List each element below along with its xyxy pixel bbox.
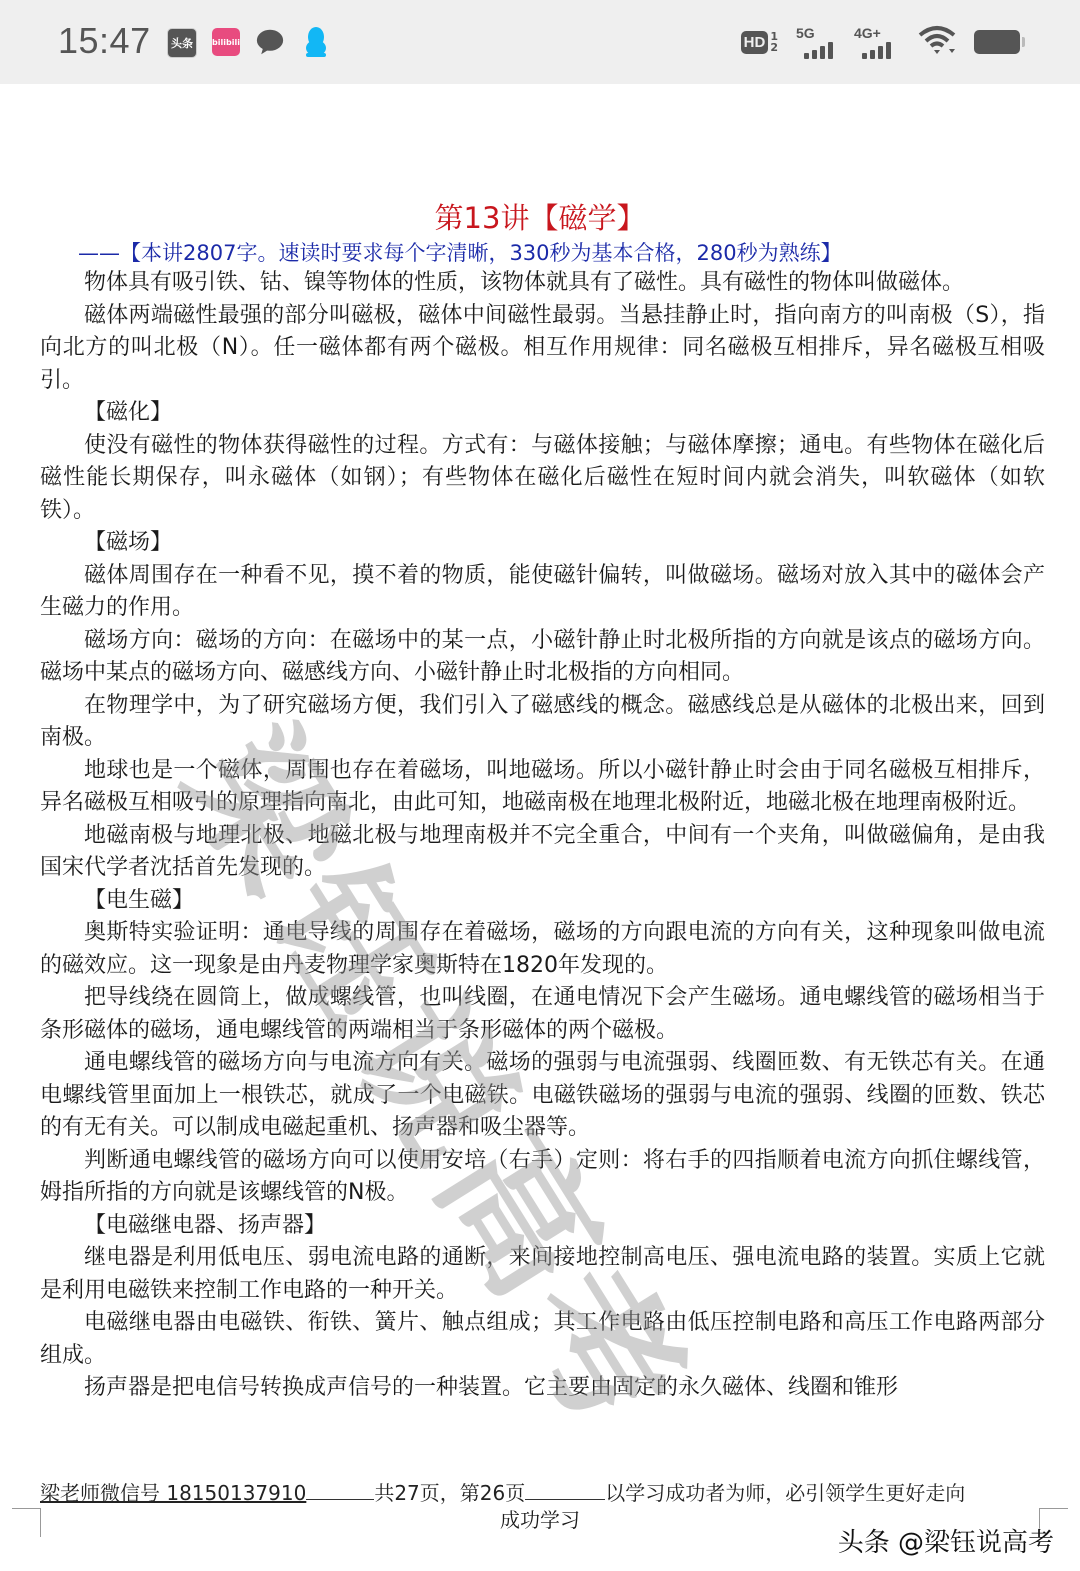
qq-penguin-icon <box>302 28 330 56</box>
paragraph: 使没有磁性的物体获得磁性的过程。方式有：与磁体接触；与磁体摩擦；通电。有些物体在… <box>40 430 1045 528</box>
lecture-subtitle: ——【本讲2807字。速读时要求每个字清晰，330秒为基本合格，280秒为熟练】 <box>78 237 842 267</box>
section-heading-magnetization: 【磁化】 <box>40 397 1045 430</box>
paragraph: 扬声器是把电信号转换成声信号的一种装置。它主要由固定的永久磁体、线圈和锥形 <box>40 1372 1045 1405</box>
message-bubble-icon <box>256 28 284 56</box>
battery-icon <box>974 30 1020 54</box>
paragraph: 奥斯特实验证明：通电导线的周围存在着磁场，磁场的方向跟电流的方向有关，这种现象叫… <box>40 917 1045 982</box>
document-body: 物体具有吸引铁、钴、镍等物体的性质，该物体就具有了磁性。具有磁性的物体叫做磁体。… <box>40 267 1045 1405</box>
paragraph: 把导线绕在圆筒上，做成螺线管，也叫线圈，在通电情况下会产生磁场。通电螺线管的磁场… <box>40 982 1045 1047</box>
status-bar: 15:47 头条 bilibili HD 1 2 5G 4G+ <box>0 0 1080 84</box>
bilibili-app-icon: bilibili <box>212 28 240 56</box>
page-corner-mark <box>12 1508 41 1537</box>
paragraph: 磁体两端磁性最强的部分叫磁极，磁体中间磁性最弱。当悬挂静止时，指向南方的叫南极（… <box>40 300 1045 398</box>
toutiao-app-icon: 头条 <box>167 28 197 58</box>
paragraph: 判断通电螺线管的磁场方向可以使用安培（右手）定则：将右手的四指顺着电流方向抓住螺… <box>40 1145 1045 1210</box>
footer-page-info: 共27页，第26页 <box>374 1481 525 1505</box>
section-heading-electromagnetism: 【电生磁】 <box>40 885 1045 918</box>
footer-contact: 梁老师微信号 18150137910 <box>40 1481 306 1505</box>
signal-5g-icon: 5G <box>796 25 836 59</box>
footer-rule <box>306 1483 374 1500</box>
signal-4g-icon: 4G+ <box>854 25 900 59</box>
wifi-icon <box>918 25 956 59</box>
page-footer: 梁老师微信号 18150137910共27页，第26页以学习成功者为师，必引领学… <box>40 1477 1045 1506</box>
clock: 15:47 <box>58 20 151 62</box>
paragraph: 电磁继电器由电磁铁、衔铁、簧片、触点组成；其工作电路由低压控制电路和高压工作电路… <box>40 1307 1045 1372</box>
footer-motto: 以学习成功者为师，必引领学生更好走向 <box>605 1481 965 1505</box>
paragraph: 地球也是一个磁体，周围也存在着磁场，叫地磁场。所以小磁针静止时会由于同名磁极互相… <box>40 755 1045 820</box>
paragraph: 磁体周围存在一种看不见，摸不着的物质，能使磁针偏转，叫做磁场。磁场对放入其中的磁… <box>40 560 1045 625</box>
paragraph: 继电器是利用低电压、弱电流电路的通断，来间接地控制高电压、强电流电路的装置。实质… <box>40 1242 1045 1307</box>
document-page: 第13讲【磁学】 ——【本讲2807字。速读时要求每个字清晰，330秒为基本合格… <box>0 84 1080 1571</box>
lecture-title: 第13讲【磁学】 <box>0 196 1080 237</box>
paragraph: 磁场方向：磁场的方向：在磁场中的某一点，小磁针静止时北极所指的方向就是该点的磁场… <box>40 625 1045 690</box>
section-heading-magnetic-field: 【磁场】 <box>40 527 1045 560</box>
paragraph: 在物理学中，为了研究磁场方便，我们引入了磁感线的概念。磁感线总是从磁体的北极出来… <box>40 690 1045 755</box>
paragraph: 地磁南极与地理北极、地磁北极与地理南极并不完全重合，中间有一个夹角，叫做磁偏角，… <box>40 820 1045 885</box>
footer-rule <box>525 1483 605 1500</box>
system-status-icons: HD 1 2 5G 4G+ <box>741 22 1020 62</box>
section-heading-relay-speaker: 【电磁继电器、扬声器】 <box>40 1210 1045 1243</box>
hd-voice-icon: HD 1 2 <box>741 31 778 54</box>
paragraph: 物体具有吸引铁、钴、镍等物体的性质，该物体就具有了磁性。具有磁性的物体叫做磁体。 <box>40 267 1045 300</box>
paragraph: 通电螺线管的磁场方向与电流方向有关。磁场的强弱与电流强弱、线圈匝数、有无铁芯有关… <box>40 1047 1045 1145</box>
author-credit: 头条 @梁钰说高考 <box>838 1522 1054 1559</box>
